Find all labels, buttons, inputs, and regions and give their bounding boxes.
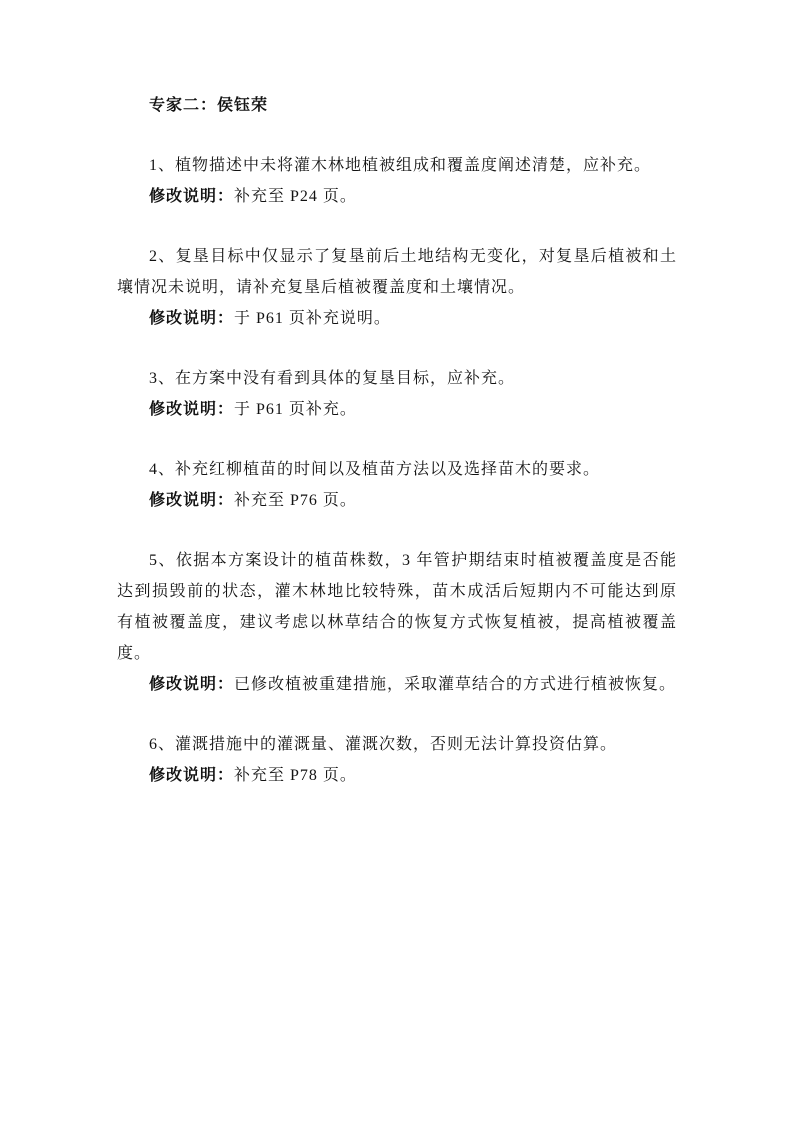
comment-number: 3、 <box>149 370 175 387</box>
comment-number: 2、 <box>149 248 176 265</box>
revision-note-label: 修改说明： <box>149 310 234 327</box>
revision-note-label: 修改说明： <box>149 492 234 509</box>
comment-block: 6、灌溉措施中的灌溉量、灌溉次数，否则无法计算投资估算。 修改说明：补充至 P7… <box>117 729 677 791</box>
comment-number: 5、 <box>149 552 176 569</box>
comment-block: 5、依据本方案设计的植苗株数，3 年管护期结束时植被覆盖度是否能达到损毁前的状态… <box>117 545 677 700</box>
comment-number: 4、 <box>149 461 175 478</box>
revision-note-text: 补充至 P24 页。 <box>234 188 357 205</box>
comment-text: 依据本方案设计的植苗株数，3 年管护期结束时植被覆盖度是否能达到损毁前的状态，灌… <box>117 552 677 662</box>
comment-block: 3、在方案中没有看到具体的复垦目标，应补充。 修改说明：于 P61 页补充。 <box>117 363 677 425</box>
comments-list: 1、植物描述中未将灌木林地植被组成和覆盖度阐述清楚，应补充。 修改说明：补充至 … <box>117 150 677 791</box>
revision-note-text: 补充至 P78 页。 <box>234 767 357 784</box>
comment-block: 2、复垦目标中仅显示了复垦前后土地结构无变化，对复垦后植被和土壤情况未说明，请补… <box>117 241 677 334</box>
expert-comment: 1、植物描述中未将灌木林地植被组成和覆盖度阐述清楚，应补充。 <box>117 150 677 181</box>
revision-note: 修改说明：补充至 P24 页。 <box>117 181 677 212</box>
revision-note-label: 修改说明： <box>149 188 234 205</box>
comment-text: 补充红柳植苗的时间以及植苗方法以及选择苗木的要求。 <box>175 461 600 478</box>
revision-note-label: 修改说明： <box>149 401 234 418</box>
revision-note: 修改说明：补充至 P78 页。 <box>117 760 677 791</box>
revision-note-text: 补充至 P76 页。 <box>234 492 357 509</box>
comment-number: 1、 <box>149 157 175 174</box>
revision-note-text: 于 P61 页补充。 <box>234 401 357 418</box>
document-page: 专家二：侯钰荣 1、植物描述中未将灌木林地植被组成和覆盖度阐述清楚，应补充。 修… <box>0 0 793 1122</box>
expert-comment: 5、依据本方案设计的植苗株数，3 年管护期结束时植被覆盖度是否能达到损毁前的状态… <box>117 545 677 669</box>
revision-note: 修改说明：补充至 P76 页。 <box>117 485 677 516</box>
revision-note-label: 修改说明： <box>149 676 234 693</box>
revision-note-text: 于 P61 页补充说明。 <box>234 310 391 327</box>
comment-text: 植物描述中未将灌木林地植被组成和覆盖度阐述清楚，应补充。 <box>175 157 651 174</box>
expert-comment: 2、复垦目标中仅显示了复垦前后土地结构无变化，对复垦后植被和土壤情况未说明，请补… <box>117 241 677 303</box>
revision-note: 修改说明：已修改植被重建措施，采取灌草结合的方式进行植被恢复。 <box>117 669 677 700</box>
revision-note: 修改说明：于 P61 页补充说明。 <box>117 303 677 334</box>
comment-text: 灌溉措施中的灌溉量、灌溉次数，否则无法计算投资估算。 <box>175 736 617 753</box>
expert-comment: 4、补充红柳植苗的时间以及植苗方法以及选择苗木的要求。 <box>117 454 677 485</box>
page-title: 专家二：侯钰荣 <box>117 90 677 121</box>
revision-note-text: 已修改植被重建措施，采取灌草结合的方式进行植被恢复。 <box>234 676 676 693</box>
revision-note-label: 修改说明： <box>149 767 234 784</box>
comment-number: 6、 <box>149 736 175 753</box>
comment-text: 复垦目标中仅显示了复垦前后土地结构无变化，对复垦后植被和土壤情况未说明，请补充复… <box>117 248 677 296</box>
revision-note: 修改说明：于 P61 页补充。 <box>117 394 677 425</box>
expert-comment: 3、在方案中没有看到具体的复垦目标，应补充。 <box>117 363 677 394</box>
comment-text: 在方案中没有看到具体的复垦目标，应补充。 <box>175 370 515 387</box>
expert-comment: 6、灌溉措施中的灌溉量、灌溉次数，否则无法计算投资估算。 <box>117 729 677 760</box>
comment-block: 1、植物描述中未将灌木林地植被组成和覆盖度阐述清楚，应补充。 修改说明：补充至 … <box>117 150 677 212</box>
comment-block: 4、补充红柳植苗的时间以及植苗方法以及选择苗木的要求。 修改说明：补充至 P76… <box>117 454 677 516</box>
